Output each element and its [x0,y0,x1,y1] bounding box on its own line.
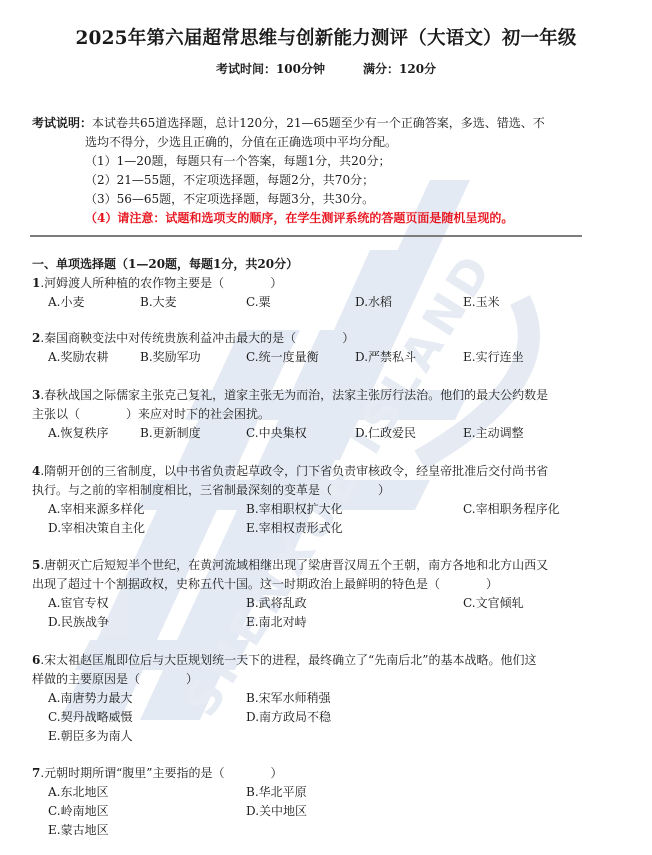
question-stem-cont: 执行。与之前的宰相制度相比，三省制最深刻的变革是（ [32,483,332,497]
option-d: D.关中地区 [246,802,307,821]
option-d: D.民族战争 [48,613,109,632]
stem-close: ）来应对时下的社会困扰。 [126,407,270,421]
question-1: 1.河姆渡人所种植的农作物主要是（） A.小麦 B.大麦 C.粟 D.水稻 E.… [32,274,592,312]
question-stem-cont: 出现了超过十个割据政权，史称五代十国。这一时期政治上最鲜明的特色是（ [32,577,440,591]
question-2: 2.秦国商鞅变法中对传统贵族利益冲击最大的是（） A.奖励农耕 B.奖励军功 C… [32,329,592,367]
section-divider [30,235,582,237]
stem-close: ） [270,766,282,780]
instructions-item2: （2）21—55题，不定项选择题，每题2分，共70分； [32,171,592,190]
question-5: 5.唐朝灭亡后短短半个世纪，在黄河流域相继出现了梁唐晋汉周五个王朝，南方各地和北… [32,556,592,632]
question-7: 7.元朝时期所谓“腹里”主要指的是（） A.东北地区 B.华北平原 C.岭南地区… [32,764,592,840]
option-e: E.玉米 [463,293,500,312]
stem-close: ） [186,672,198,686]
option-c: C.粟 [246,293,271,312]
option-e: E.宰相权责形式化 [246,519,343,538]
option-b: B.大麦 [140,293,177,312]
instructions-item1: （1）1—20题，每题只有一个答案，每题1分，共20分； [32,152,592,171]
stem-close: ） [378,483,390,497]
question-stem: .秦国商鞅变法中对传统贵族利益冲击最大的是（ [40,331,296,345]
question-stem: .河姆渡人所种植的农作物主要是（ [40,276,224,290]
option-c: C.统一度量衡 [246,348,319,367]
option-c: C.中央集权 [246,424,307,443]
full-score: 满分：120分 [363,62,436,76]
option-d: D.严禁私斗 [355,348,416,367]
option-c: C.岭南地区 [48,802,109,821]
stem-close: ） [270,276,282,290]
option-a: A.南唐势力最大 [48,689,132,708]
option-a: A.宦官专权 [48,594,108,613]
question-stem: .隋朝开创的三省制度，以中书省负责起草政令，门下省负责审核政令，经皇帝批准后交付… [40,464,548,478]
option-b: B.宰相职权扩大化 [246,500,343,519]
question-6: 6.宋太祖赵匡胤即位后与大臣规划统一天下的进程，最终确立了“先南后北”的基本战略… [32,651,592,746]
question-stem: .宋太祖赵匡胤即位后与大臣规划统一天下的进程，最终确立了“先南后北”的基本战略。… [40,653,536,667]
option-d: D.宰相决策自主化 [48,519,145,538]
exam-time: 考试时间：100分钟 [216,62,325,76]
option-a: A.小麦 [48,293,84,312]
option-b: B.奖励军功 [140,348,201,367]
question-stem: .唐朝灭亡后短短半个世纪，在黄河流域相继出现了梁唐晋汉周五个王朝，南方各地和北方… [40,558,548,572]
instructions-label: 考试说明： [32,116,92,130]
option-e: E.蒙古地区 [48,821,109,840]
exam-instructions: 考试说明：本试卷共65道选择题，总计120分，21—65题至少有一个正确答案，多… [32,114,592,228]
exam-page: SHENXUE ISLAND 2025年第六届超常思维与创新能力测评（大语文）初… [0,0,652,855]
option-e: E.南北对峙 [246,613,307,632]
option-e: E.主动调整 [463,424,524,443]
option-a: A.宰相来源多样化 [48,500,144,519]
option-b: B.华北平原 [246,783,307,802]
option-e: E.朝臣多为南人 [48,727,133,746]
option-a: A.东北地区 [48,783,108,802]
document-title: 2025年第六届超常思维与创新能力测评（大语文）初一年级 [0,24,652,50]
instructions-line1: 本试卷共65道选择题，总计120分，21—65题至少有一个正确答案，多选、错选、… [92,116,545,130]
option-b: B.武将乱政 [246,594,307,613]
option-a: A.奖励农耕 [48,348,108,367]
option-b: B.宋军水师稍强 [246,689,331,708]
option-c: C.宰相职务程序化 [463,500,560,519]
question-4: 4.隋朝开创的三省制度，以中书省负责起草政令，门下省负责审核政令，经皇帝批准后交… [32,462,592,538]
option-a: A.恢复秩序 [48,424,108,443]
option-d: D.南方政局不稳 [246,708,331,727]
question-stem: .元朝时期所谓“腹里”主要指的是（ [40,766,224,780]
instructions-item4-warning: （4）请注意：试题和选项支的顺序，在学生测评系统的答题页面是随机呈现的。 [32,209,592,228]
question-stem-cont: 主张以（ [32,407,80,421]
question-3: 3.春秋战国之际儒家主张克己复礼，道家主张无为而治，法家主张厉行法治。他们的最大… [32,386,592,443]
exam-meta: 考试时间：100分钟满分：120分 [0,60,652,77]
option-d: D.仁政爱民 [355,424,416,443]
stem-close: ） [486,577,498,591]
question-stem-cont: 样做的主要原因是（ [32,672,140,686]
option-d: D.水稻 [355,293,392,312]
question-stem: .春秋战国之际儒家主张克己复礼，道家主张无为而治，法家主张厉行法治。他们的最大公… [40,388,548,402]
option-e: E.实行连坐 [463,348,524,367]
option-b: B.更新制度 [140,424,201,443]
instructions-item3: （3）56—65题，不定项选择题，每题3分，共30分。 [32,190,592,209]
instructions-line2: 选均不得分，少选且正确的，分值在正确选项中平均分配。 [32,133,592,152]
section-heading: 一、单项选择题（1—20题，每题1分，共20分） [32,255,298,272]
stem-close: ） [342,331,354,345]
option-c: C.契丹战略威慑 [48,708,133,727]
option-c: C.文官倾轧 [463,594,524,613]
